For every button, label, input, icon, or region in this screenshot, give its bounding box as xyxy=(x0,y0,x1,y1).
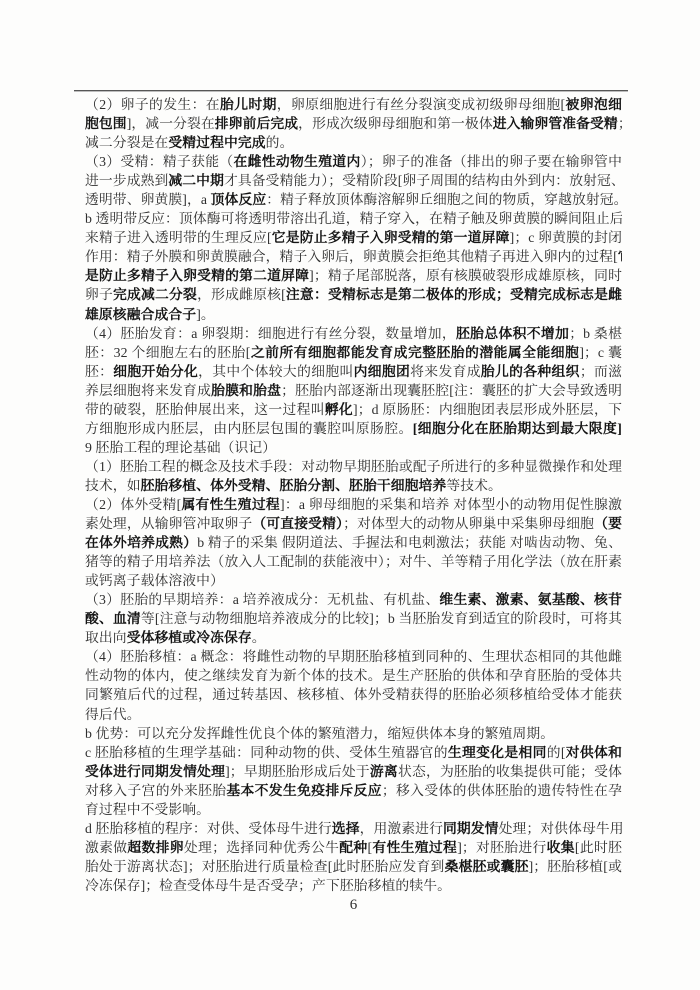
text-line: 透明带、卵黄膜]，a 顶体反应：精子释放顶体酶溶解卵丘细胞之间的物质，穿越放射冠… xyxy=(85,190,622,209)
text-line: （3）受精：精子获能（在雌性动物生殖道内）；卵子的准备（排出的卵子要在输卵管中 xyxy=(85,152,622,171)
header-rule xyxy=(74,90,628,92)
text-line: 卵子完成减二分裂，形成雌原核[注意：受精标志是第二极体的形成；受精完成标志是雌 xyxy=(85,285,622,304)
text-line: 胎处于游离状态]；对胚胎进行质量检查[此时胚胎应发育到桑椹胚或囊胚]；胚胎移植[… xyxy=(85,857,622,876)
text-line: 来精子进入透明带的生理反应[它是防止多精子入卵受精的第一道屏障]；c 卵黄膜的封… xyxy=(85,228,622,247)
text-line: 性动物的体内，使之继续发育为新个体的技术。是生产胚胎的供体和孕育胚胎的受体共 xyxy=(85,666,622,685)
text-line: 方细胞形成内胚层，由内胚层包围的囊腔叫原肠腔。[细胞分化在胚胎期达到最大限度] xyxy=(85,419,622,438)
text-line: 技术，如胚胎移植、体外受精、胚胎分割、胚胎干细胞培养等技术。 xyxy=(85,476,622,495)
text-line: （2）卵子的发生：在胎儿时期，卵原细胞进行有丝分裂演变成初级卵母细胞[被卵泡细 xyxy=(85,95,622,114)
text-line: 得后代。 xyxy=(85,705,622,724)
text-line: （4）胚胎移植：a 概念：将雌性动物的早期胚胎移植到同种的、生理状态相同的其他雌 xyxy=(85,647,622,666)
text-line: 胚：细胞开始分化，其中个体较大的细胞叫内细胞团将来发育成胎儿的各种组织；而滋 xyxy=(85,362,622,381)
text-line: d 胚胎移植的程序：对供、受体母牛进行选择，用激素进行同期发情处理；对供体母牛用 xyxy=(85,819,622,838)
text-line: （1）胚胎工程的概念及技术手段：对动物早期胚胎或配子所进行的多种显微操作和处理 xyxy=(85,457,622,476)
text-line: 同繁殖后代的过程，通过转基因、核移植、体外受精获得的胚胎必须移植给受体才能获 xyxy=(85,685,622,704)
text-line: 猪等的精子用培养法（放入人工配制的获能液中）；对牛、羊等精子用化学法（放在肝素 xyxy=(85,552,622,571)
text-line: 9 胚胎工程的理论基础（识记） xyxy=(85,438,622,457)
text-line: 育过程中不受影响。 xyxy=(85,800,622,819)
text-line: 作用：精子外膜和卵黄膜融合，精子入卵后，卵黄膜会拒绝其他精子再进入卵内的过程[它 xyxy=(85,247,622,266)
text-line: 取出向受体移植或冷冻保存。 xyxy=(85,628,622,647)
text-line: （4）胚胎发育：a 卵裂期：细胞进行有丝分裂，数量增加，胚胎总体积不增加；b 桑… xyxy=(85,324,622,343)
text-line: 胚：32 个细胞左右的胚胎[之前所有细胞都能发育成完整胚胎的潜能属全能细胞]；c… xyxy=(85,343,622,362)
text-line: 素处理，从输卵管冲取卵子（可直接受精）；对体型大的动物从卵巢中采集卵母细胞（要 xyxy=(85,514,622,533)
text-line: 对移入子宫的外来胚胎基本不发生免疫排斥反应；移入受体的供体胚胎的遗传特性在孕 xyxy=(85,781,622,800)
text-line: 带的破裂，胚胎伸展出来，这一过程叫孵化]；d 原肠胚：内细胞团表层形成外胚层，下 xyxy=(85,400,622,419)
text-line: b 透明带反应：顶体酶可将透明带溶出孔道，精子穿入，在精子触及卵黄膜的瞬间阻止后 xyxy=(85,209,622,228)
text-line: b 优势：可以充分发挥雌性优良个体的繁殖潜力，缩短供体本身的繁殖周期。 xyxy=(85,724,622,743)
text-line: 是防止多精子入卵受精的第二道屏障]；精子尾部脱落，原有核膜破裂形成雄原核，同时 xyxy=(85,266,622,285)
text-line: 激素做超数排卵处理；选择同种优秀公牛配种[有性生殖过程]；对胚胎进行收集[此时胚 xyxy=(85,838,622,857)
text-line: （2）体外受精[属有性生殖过程]：a 卵母细胞的采集和培养 对体型小的动物用促性… xyxy=(85,495,622,514)
text-line: （3）胚胎的早期培养：a 培养液成分：无机盐、有机盐、维生素、激素、氨基酸、核苷 xyxy=(85,590,622,609)
text-line: 受体进行同期发情处理]；早期胚胎形成后处于游离状态，为胚胎的收集提供可能；受体 xyxy=(85,762,622,781)
text-line: c 胚胎移植的生理学基础：同种动物的供、受体生殖器官的生理变化是相同的[对供体和 xyxy=(85,743,622,762)
text-line: 减二分裂是在受精过程中完成的。 xyxy=(85,133,622,152)
text-line: 雄原核融合成合子]。 xyxy=(85,305,622,324)
page-number: 6 xyxy=(85,897,622,914)
text-line: 进一步成熟到减二中期才具备受精能力）；受精阶段[卵子周围的结构由外到内：放射冠、 xyxy=(85,171,622,190)
text-line: 在体外培养成熟）b 精子的采集 假阴道法、手握法和电刺激法；获能 对啮齿动物、兔… xyxy=(85,533,622,552)
text-line: 或钙离子载体溶液中） xyxy=(85,571,622,590)
text-line: 冷冻保存]；检查受体母牛是否受孕；产下胚胎移植的犊牛。 xyxy=(85,876,622,895)
text-line: 胞包围]，减一分裂在排卵前后完成，形成次级卵母细胞和第一极体进入输卵管准备受精； xyxy=(85,114,622,133)
document-page: （2）卵子的发生：在胎儿时期，卵原细胞进行有丝分裂演变成初级卵母细胞[被卵泡细胞… xyxy=(0,0,700,990)
text-line: 酸、血清等[注意与动物细胞培养液成分的比较]；b 当胚胎发育到适宜的阶段时，可将… xyxy=(85,609,622,628)
text-line: 养层细胞将来发育成胎膜和胎盘；胚胎内部逐渐出现囊胚腔[注：囊胚的扩大会导致透明 xyxy=(85,381,622,400)
text-block: （2）卵子的发生：在胎儿时期，卵原细胞进行有丝分裂演变成初级卵母细胞[被卵泡细胞… xyxy=(85,95,622,895)
